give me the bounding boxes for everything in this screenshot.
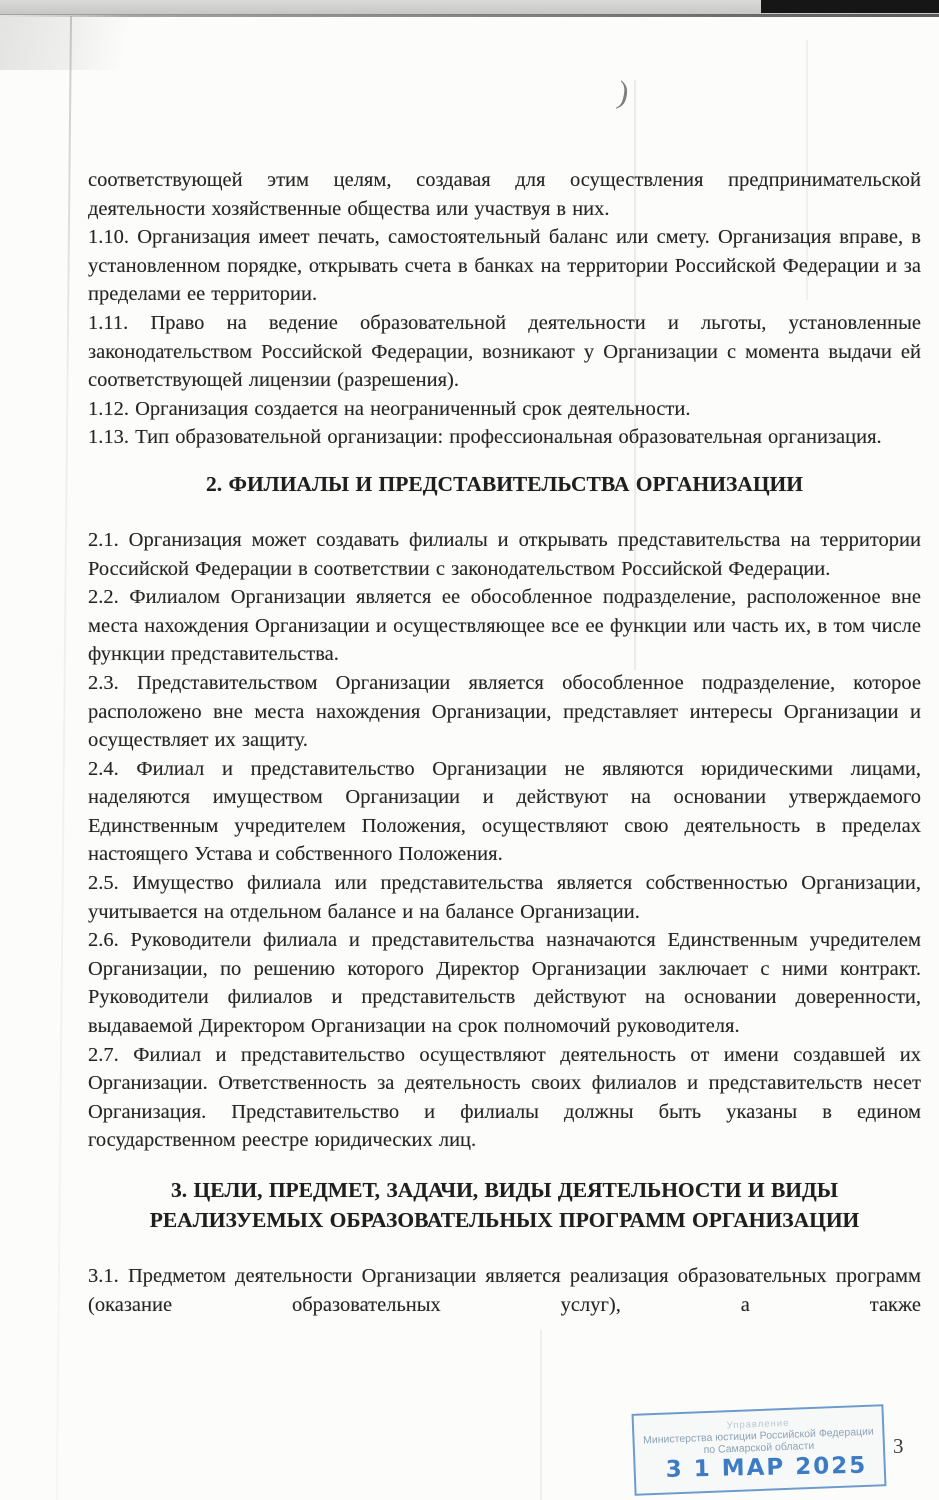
paragraph-2-5: 2.5. Имущество филиала или представитель… xyxy=(88,869,921,926)
paragraph-1-10: 1.10. Организация имеет печать, самостоя… xyxy=(88,223,921,309)
paragraph-continuation: соответствующей этим целям, создавая для… xyxy=(88,166,921,223)
section-2-heading: 2. ФИЛИАЛЫ И ПРЕДСТАВИТЕЛЬСТВА ОРГАНИЗАЦ… xyxy=(88,469,921,499)
pen-mark: ) xyxy=(615,73,632,111)
paragraph-1-11: 1.11. Право на ведение образовательной д… xyxy=(88,309,921,395)
paragraph-2-2: 2.2. Филиалом Организации является ее об… xyxy=(88,583,921,669)
paragraph-2-1: 2.1. Организация может создавать филиалы… xyxy=(88,526,921,583)
paragraph-3-1: 3.1. Предметом деятельности Организации … xyxy=(88,1262,921,1319)
paper-crease-line xyxy=(540,1330,542,1500)
paragraph-2-7: 2.7. Филиал и представительство осуществ… xyxy=(88,1041,921,1155)
paragraph-2-3: 2.3. Представительством Организации явля… xyxy=(88,669,921,755)
page-number: 3 xyxy=(893,1434,904,1459)
scan-black-strip xyxy=(761,0,939,13)
paragraph-1-13: 1.13. Тип образовательной организации: п… xyxy=(88,423,921,452)
document-body: соответствующей этим целям, создавая для… xyxy=(88,166,921,1319)
paragraph-2-4: 2.4. Филиал и представительство Организа… xyxy=(88,755,921,869)
stamp-date: 3 1 МАР 2025 xyxy=(665,1453,867,1483)
section-3-heading: 3. ЦЕЛИ, ПРЕДМЕТ, ЗАДАЧИ, ВИДЫ ДЕЯТЕЛЬНО… xyxy=(119,1175,891,1235)
ministry-justice-stamp: Управление Министерства юстиции Российск… xyxy=(632,1404,887,1496)
page-left-edge-line xyxy=(56,16,72,1500)
paragraph-1-12: 1.12. Организация создается на неогранич… xyxy=(88,395,921,424)
paragraph-2-6: 2.6. Руководители филиала и представител… xyxy=(88,926,921,1040)
scan-left-diagonal xyxy=(0,15,230,70)
